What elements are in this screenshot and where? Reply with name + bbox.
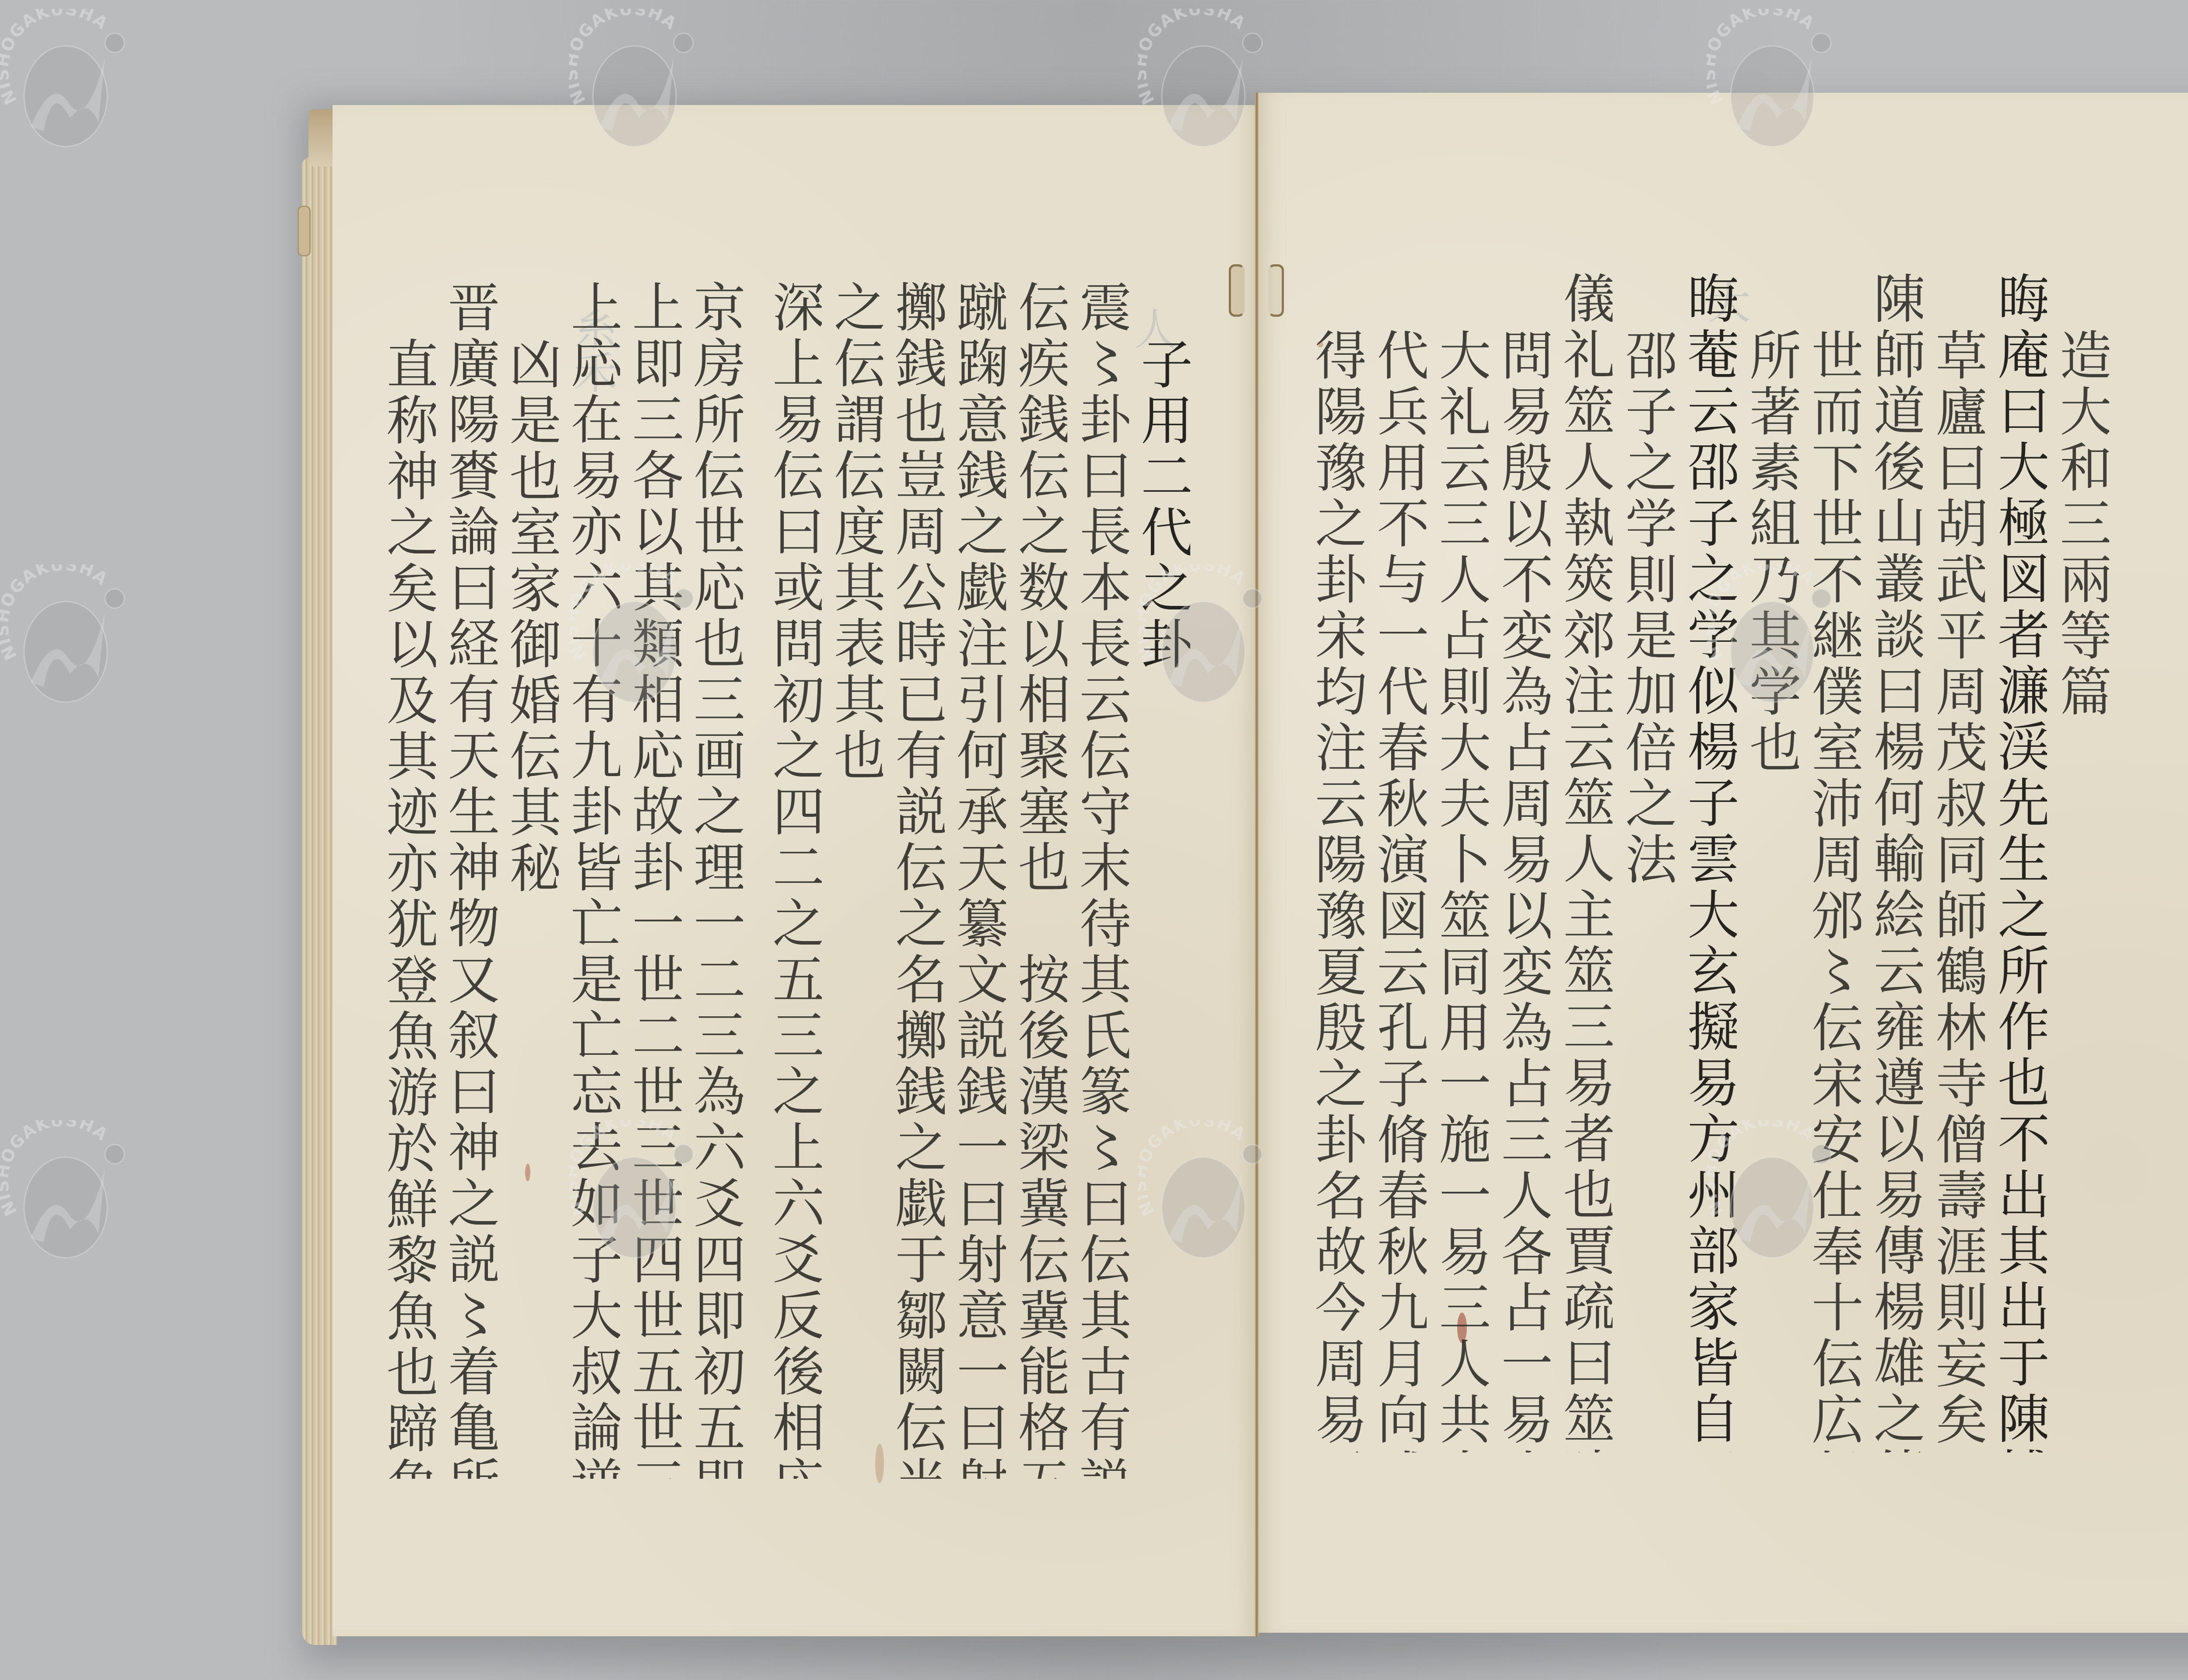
svg-text:NISHOGAKUSHA: NISHOGAKUSHA xyxy=(1138,9,1249,108)
nishogakusha-watermark-logo-icon: NISHOGAKUSHA xyxy=(0,9,131,153)
text-column: 震〻卦曰長本長云伝守末待其氏篆〻曰伝其古有説伝之戯 xyxy=(1073,280,1129,1479)
right-page-text: 造大和三兩等篇 晦庵曰大極図者濂渓先生之所作也不出其出于陳搏穆脩范 草廬曰胡武平… xyxy=(1308,271,2109,1452)
text-column: 所著素組乃其学也 xyxy=(1743,271,1799,1452)
text-column: 大礼云三人占則大夫卜筮同用一施一易三人共占也矣三 xyxy=(1433,271,1489,1452)
text-column: 京房所伝世応也三画之理一二三為六爻四即初五即二 xyxy=(688,280,743,1479)
text-column: 得陽豫之卦宋均注云陽豫夏殷之卦名故今周易无文是孔 xyxy=(1308,271,1364,1452)
text-column: 直称神之矣以及其迹亦犹登魚游於鮮黎魚也蹄魚游兎蹄 xyxy=(381,280,436,1479)
left-page-edges xyxy=(302,157,337,1645)
text-column: 問易殷以不変為占周易以変為占三人各占一易少牢大 xyxy=(1495,271,1551,1452)
text-column: 擲銭也豈周公時已有説伝之名擲銭之戯于鄒闕伝当延伝 xyxy=(889,280,944,1479)
text-column: 代兵用不与一代春秋演図云孔子脩春秋九月向成卜之 xyxy=(1371,271,1427,1452)
text-column: 上応在易亦六十有九卦皆亡是亡忘去如子大叔論逆後 xyxy=(565,280,620,1479)
text-column: 蹴踘意銭之戯注引何承天纂文説銭一曰射意一曰射数即 xyxy=(951,280,1006,1479)
text-column: 陳師道後山叢談曰楊何輸絵云雍遵以易傳楊雄之傳伝也自 xyxy=(1867,271,1923,1452)
binding-stitch-right xyxy=(1268,264,1284,317)
left-page-text: 子用二代之卦 震〻卦曰長本長云伝守末待其氏篆〻曰伝其古有説伝之戯 伝疾銭伝之数以… xyxy=(381,280,1190,1479)
binding-tab xyxy=(298,206,311,256)
book-gutter xyxy=(1255,93,1259,1637)
text-column: 之伝謂伝度其表其也 xyxy=(828,280,883,1479)
svg-text:NISHOGAKUSHA: NISHOGAKUSHA xyxy=(569,9,680,108)
text-column: 凶是也室家御婚伝其秘 xyxy=(504,280,559,1479)
text-column: 晦庵曰大極図者濂渓先生之所作也不出其出于陳搏穆脩范 xyxy=(1991,271,2047,1452)
text-column: 儀礼筮人執筴郊注云筮人主筮三易者也賈疏曰筮時三易並 xyxy=(1557,271,1613,1452)
svg-text:NISHOGAKUSHA: NISHOGAKUSHA xyxy=(0,564,112,663)
text-column: 伝疾銭伝之数以相聚塞也 按後漢梁冀伝冀能格五六博 xyxy=(1012,280,1067,1479)
text-column: 晋廣陽賚論曰経有天生神物又叙曰神之説〻着亀所由也 xyxy=(442,280,497,1479)
text-column: 草廬曰胡武平周茂叔同師鶴林寺僧壽涯則妄矣 xyxy=(1929,271,1985,1452)
book-photo-scene: 糸禾 人 大 子用二代之卦 震〻卦曰長本長云伝守末待其氏篆〻曰伝其古有説伝之戯 … xyxy=(0,0,2188,1680)
nishogakusha-watermark-logo-icon: NISHOGAKUSHA xyxy=(0,1120,131,1264)
text-column: 世而下世不継僕室沛周邠〻伝宋安仕奉十伝広凱〻伝絵 xyxy=(1805,271,1861,1452)
text-column: 晦菴云邵子之学似楊子雲大玄擬易方州部家皆自三数推之 xyxy=(1681,271,1737,1452)
text-column: 造大和三兩等篇 xyxy=(2053,271,2109,1452)
svg-text:NISHOGAKUSHA: NISHOGAKUSHA xyxy=(0,9,112,108)
text-column: 子用二代之卦 xyxy=(1135,280,1190,1479)
nishogakusha-watermark-logo-icon: NISHOGAKUSHA xyxy=(0,564,131,709)
text-column: 深上易伝曰或問初之四二之五三之上六爻反後相応何也曰 xyxy=(767,280,822,1479)
binding-stitch-left xyxy=(1229,264,1245,317)
svg-text:NISHOGAKUSHA: NISHOGAKUSHA xyxy=(0,1120,112,1219)
text-column: 邵子之学則是加倍之法 xyxy=(1619,271,1675,1452)
text-column: 上即三各以其類相応故卦一世二世三世四世五世三世共 xyxy=(626,280,681,1479)
